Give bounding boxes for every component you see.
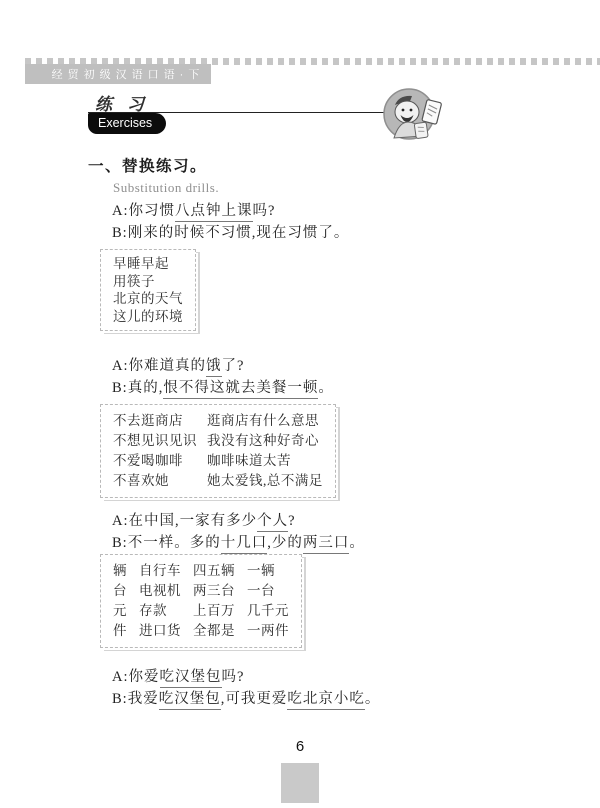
substitution-box: 辆自行车四五辆一辆台电视机两三台一台元存款上百万几千元件进口货全都是一两件 bbox=[100, 554, 302, 648]
box-cell: 北京的天气 bbox=[113, 290, 183, 308]
dialogue-text: ,可我更爱 bbox=[221, 691, 288, 707]
box-row: 不去逛商店逛商店有什么意思 bbox=[113, 411, 323, 431]
box-cell: 早睡早起 bbox=[113, 255, 169, 273]
substitutable-phrase: 个人 bbox=[257, 513, 288, 532]
dialogue-text: ? bbox=[288, 513, 295, 529]
box-cell: 一辆 bbox=[247, 561, 275, 581]
dialogue-text: 。 bbox=[349, 535, 365, 551]
box-row: 这儿的环境 bbox=[113, 308, 183, 326]
dialogue-text: 了? bbox=[222, 358, 245, 374]
dialogue-text: A:在中国,一家有多少 bbox=[112, 513, 257, 529]
exercises-label-en: Exercises bbox=[98, 116, 152, 130]
box-cell: 不爱喝咖啡 bbox=[113, 451, 207, 471]
substitutable-phrase: 两三口 bbox=[303, 535, 350, 554]
box-row: 不爱喝咖啡咖啡味道太苦 bbox=[113, 451, 323, 471]
exercise-subtitle: Substitution drills. bbox=[113, 180, 528, 196]
dialogue-text: A:你习惯 bbox=[112, 203, 175, 219]
dialogue-text: B:不一样。多的 bbox=[112, 535, 221, 551]
dialogue-text: A:你爱 bbox=[112, 669, 160, 685]
box-row: 台电视机两三台一台 bbox=[113, 581, 289, 601]
dialogue-text: ,少的 bbox=[267, 535, 303, 551]
box-cell: 咖啡味道太苦 bbox=[207, 451, 291, 471]
box-cell: 电视机 bbox=[139, 581, 193, 601]
dialogue-4: A:你爱吃汉堡包吗?B:我爱吃汉堡包,可我更爱吃北京小吃。 bbox=[88, 666, 528, 710]
substitution-box: 不去逛商店逛商店有什么意思不想见识见识我没有这种好奇心不爱喝咖啡咖啡味道太苦不喜… bbox=[100, 404, 336, 498]
box-row: 件进口货全都是一两件 bbox=[113, 621, 289, 641]
box-cell: 她太爱钱,总不满足 bbox=[207, 471, 323, 491]
page-number: 6 bbox=[0, 738, 600, 755]
box-row: 辆自行车四五辆一辆 bbox=[113, 561, 289, 581]
dialogue-text: B:刚来的时候不习惯,现在习惯了。 bbox=[112, 225, 349, 241]
exercise-content: 一、替换练习。 Substitution drills. A:你习惯八点钟上课吗… bbox=[88, 156, 528, 710]
box-cell: 辆 bbox=[113, 561, 139, 581]
dialogue-text: B:真的, bbox=[112, 380, 163, 396]
dialogue-text: 吗? bbox=[253, 203, 276, 219]
box-cell: 不想见识见识 bbox=[113, 431, 207, 451]
header-band: 经贸初级汉语口语·下 bbox=[25, 64, 211, 84]
box-cell: 存款 bbox=[139, 601, 193, 621]
dialogue-text: 吗? bbox=[222, 669, 245, 685]
box-cell: 两三台 bbox=[193, 581, 247, 601]
box-cell: 上百万 bbox=[193, 601, 247, 621]
dialogue-text: B:我爱 bbox=[112, 691, 159, 707]
dialogue-1: A:你习惯八点钟上课吗?B:刚来的时候不习惯,现在习惯了。早睡早起用筷子北京的天… bbox=[88, 200, 528, 331]
student-with-notes-icon bbox=[382, 85, 448, 143]
substitutable-phrase: 饿 bbox=[206, 358, 222, 377]
box-cell: 全都是 bbox=[193, 621, 247, 641]
substitutable-phrase: 恨不得这就去美餐一顿 bbox=[163, 380, 318, 399]
box-cell: 用筷子 bbox=[113, 273, 155, 291]
box-row: 元存款上百万几千元 bbox=[113, 601, 289, 621]
dialogue-text: A:你难道真的 bbox=[112, 358, 206, 374]
substitutable-phrase: 吃北京小吃 bbox=[287, 691, 365, 710]
box-cell: 我没有这种好奇心 bbox=[207, 431, 319, 451]
dialogue-text: 。 bbox=[318, 380, 334, 396]
box-cell: 不去逛商店 bbox=[113, 411, 207, 431]
box-cell: 不喜欢她 bbox=[113, 471, 207, 491]
box-cell: 四五辆 bbox=[193, 561, 247, 581]
substitutable-phrase: 十几口 bbox=[221, 535, 268, 554]
exercises-pill: Exercises bbox=[88, 113, 166, 134]
box-row: 早睡早起 bbox=[113, 255, 183, 273]
dialogue-list: A:你习惯八点钟上课吗?B:刚来的时候不习惯,现在习惯了。早睡早起用筷子北京的天… bbox=[88, 200, 528, 710]
dialogue-line-b: B:我爱吃汉堡包,可我更爱吃北京小吃。 bbox=[112, 688, 528, 710]
dialogue-line-a: A:你爱吃汉堡包吗? bbox=[112, 666, 528, 688]
exercise-title: 一、替换练习。 bbox=[88, 156, 528, 178]
box-cell: 几千元 bbox=[247, 601, 289, 621]
box-cell: 自行车 bbox=[139, 561, 193, 581]
dialogue-line-b: B:不一样。多的十几口,少的两三口。 bbox=[112, 532, 528, 554]
box-cell: 元 bbox=[113, 601, 139, 621]
box-cell: 一台 bbox=[247, 581, 275, 601]
substitution-box: 早睡早起用筷子北京的天气这儿的环境 bbox=[100, 249, 196, 331]
substitutable-phrase: 吃汉堡包 bbox=[159, 691, 221, 710]
dialogue-line-b: B:真的,恨不得这就去美餐一顿。 bbox=[112, 377, 528, 399]
dialogue-line-a: A:在中国,一家有多少个人? bbox=[112, 510, 528, 532]
page-tab bbox=[281, 763, 319, 803]
dialogue-3: A:在中国,一家有多少个人?B:不一样。多的十几口,少的两三口。辆自行车四五辆一… bbox=[88, 510, 528, 648]
box-row: 用筷子 bbox=[113, 273, 183, 291]
dialogue-line-b: B:刚来的时候不习惯,现在习惯了。 bbox=[112, 222, 528, 244]
box-row: 不喜欢她她太爱钱,总不满足 bbox=[113, 471, 323, 491]
box-cell: 台 bbox=[113, 581, 139, 601]
box-cell: 这儿的环境 bbox=[113, 308, 183, 326]
box-cell: 件 bbox=[113, 621, 139, 641]
box-cell: 逛商店有什么意思 bbox=[207, 411, 319, 431]
box-cell: 进口货 bbox=[139, 621, 193, 641]
book-title: 经贸初级汉语口语·下 bbox=[32, 66, 205, 82]
dialogue-2: A:你难道真的饿了?B:真的,恨不得这就去美餐一顿。不去逛商店逛商店有什么意思不… bbox=[88, 355, 528, 498]
box-cell: 一两件 bbox=[247, 621, 289, 641]
dialogue-text: 。 bbox=[365, 691, 381, 707]
dialogue-line-a: A:你难道真的饿了? bbox=[112, 355, 528, 377]
substitutable-phrase: 八点钟上课 bbox=[175, 203, 253, 222]
book-page: 经贸初级汉语口语·下 练习 Exercises 一、替换练习。 Substitu… bbox=[0, 0, 600, 808]
box-row: 北京的天气 bbox=[113, 290, 183, 308]
box-row: 不想见识见识我没有这种好奇心 bbox=[113, 431, 323, 451]
dialogue-line-a: A:你习惯八点钟上课吗? bbox=[112, 200, 528, 222]
substitutable-phrase: 吃汉堡包 bbox=[160, 669, 222, 688]
